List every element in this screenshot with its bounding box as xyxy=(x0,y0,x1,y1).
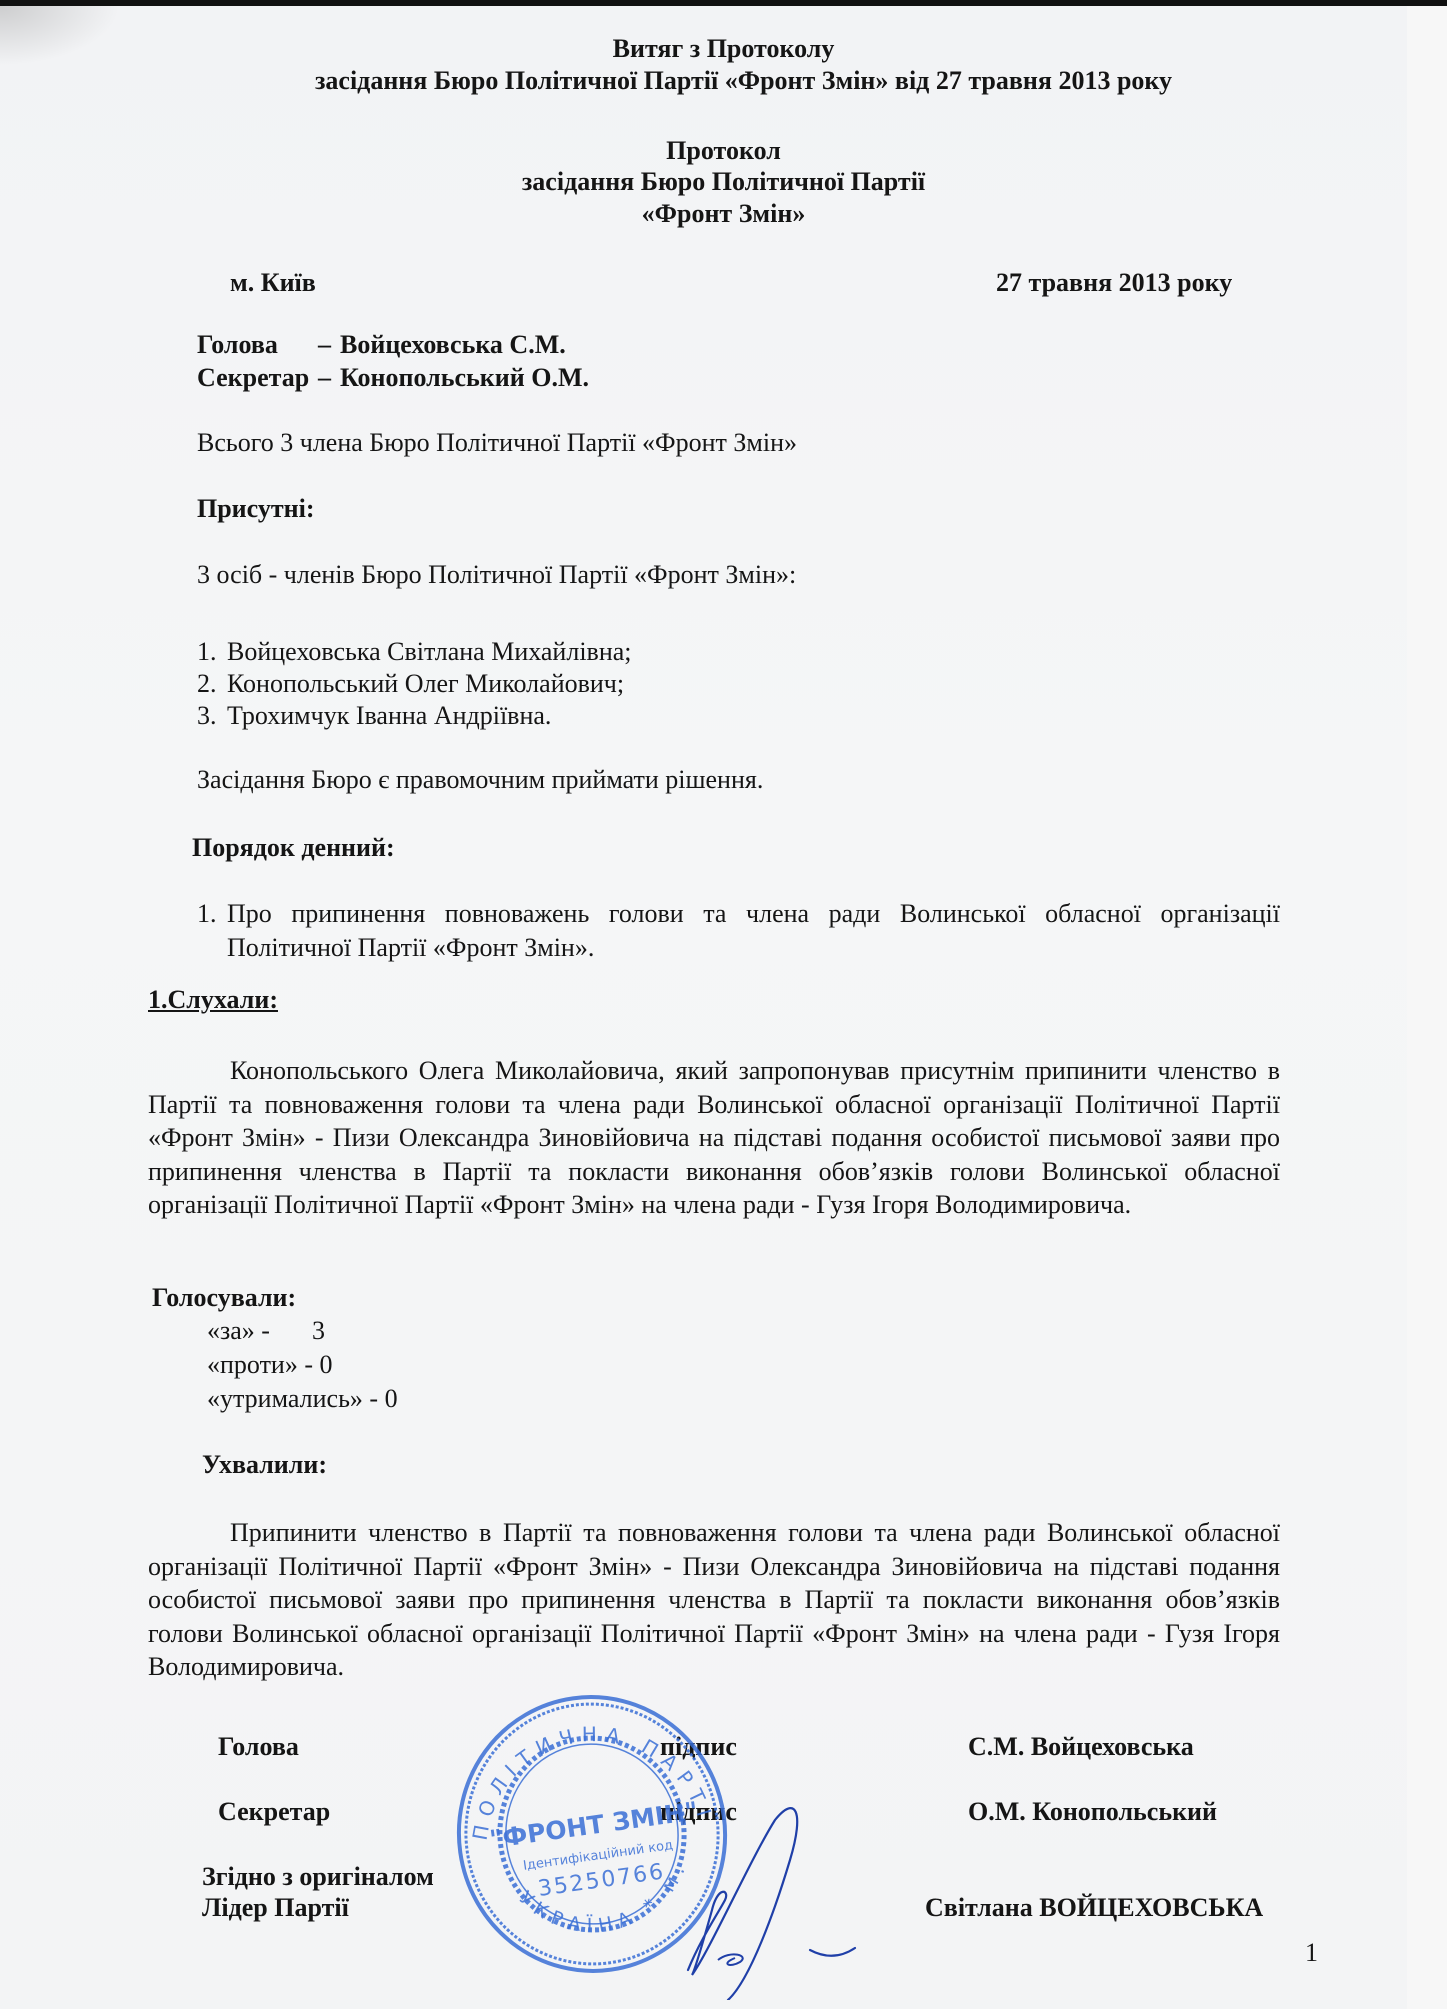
protocol-title: Протокол xyxy=(0,136,1447,166)
protocol-subtitle: засідання Бюро Політичної Партії xyxy=(0,167,1447,197)
certification-line: Згідно з оригіналом xyxy=(202,1862,434,1892)
meeting-place: м. Київ xyxy=(230,268,316,298)
list-item: 1. Войцеховська Світлана Михайлівна; xyxy=(197,636,632,668)
extract-subtitle: засідання Бюро Політичної Партії «Фронт … xyxy=(0,66,1447,96)
meeting-date: 27 травня 2013 року xyxy=(996,268,1232,298)
list-number: 2. xyxy=(197,668,227,700)
vote-abstain-label: «утримались» - xyxy=(207,1384,378,1413)
agenda-number: 1. xyxy=(197,897,227,965)
sign-secretary-role: Секретар xyxy=(218,1797,330,1827)
protocol-party-name: «Фронт Змін» xyxy=(0,199,1447,229)
leader-role: Лідер Партії xyxy=(202,1893,349,1923)
member-name: Войцеховська Світлана Михайлівна; xyxy=(227,636,632,668)
list-item: 2. Конопольський Олег Миколайович; xyxy=(197,668,632,700)
vote-for-label: «за» - xyxy=(207,1316,270,1346)
list-number: 3. xyxy=(197,700,227,732)
chair-dash: – xyxy=(318,330,331,360)
member-name: Трохимчук Іванна Андріївна. xyxy=(227,700,551,732)
chair-name: Войцеховська С.М. xyxy=(340,330,566,360)
vote-against-value: 0 xyxy=(320,1350,333,1379)
vote-abstain: «утримались» - 0 xyxy=(207,1384,398,1414)
page-number: 1 xyxy=(1305,1938,1318,1968)
total-members: Всього 3 члена Бюро Політичної Партії «Ф… xyxy=(197,428,797,458)
agenda-item: 1. Про припинення повноважень голови та … xyxy=(197,897,1280,965)
scan-right-margin xyxy=(1407,6,1447,2009)
resolved-heading: Ухвалили: xyxy=(202,1450,327,1480)
resolved-text: Припинити членство в Партії та повноваже… xyxy=(148,1518,1280,1681)
extract-title: Витяг з Протоколу xyxy=(0,34,1447,64)
chair-role: Голова xyxy=(197,330,278,360)
vote-abstain-value: 0 xyxy=(385,1384,398,1413)
present-intro: 3 осіб - членів Бюро Політичної Партії «… xyxy=(197,560,796,590)
resolved-paragraph: Припинити членство в Партії та повноваже… xyxy=(148,1516,1280,1684)
agenda-heading: Порядок денний: xyxy=(192,833,395,863)
heard-text: Конопольського Олега Миколайовича, який … xyxy=(148,1056,1280,1219)
voting-heading: Голосували: xyxy=(152,1283,296,1313)
agenda-text: Про припинення повноважень голови та чле… xyxy=(227,897,1280,965)
vote-against-label: «проти» - xyxy=(207,1350,313,1379)
member-name: Конопольський Олег Миколайович; xyxy=(227,668,624,700)
list-number: 1. xyxy=(197,636,227,668)
leader-name: Світлана ВОЙЦЕХОВСЬКА xyxy=(925,1893,1263,1923)
present-members-list: 1. Войцеховська Світлана Михайлівна; 2. … xyxy=(197,636,632,732)
sign-chair-name: С.М. Войцеховська xyxy=(968,1732,1194,1762)
list-item: 3. Трохимчук Іванна Андріївна. xyxy=(197,700,632,732)
vote-against: «проти» - 0 xyxy=(207,1350,333,1380)
handwritten-signature xyxy=(600,1800,860,2000)
secretary-dash: – xyxy=(318,363,331,393)
sign-secretary-name: О.М. Конопольський xyxy=(968,1797,1217,1827)
present-heading: Присутні: xyxy=(197,494,315,524)
secretary-name: Конопольський О.М. xyxy=(340,363,589,393)
heard-paragraph: Конопольського Олега Миколайовича, який … xyxy=(148,1054,1280,1222)
heard-heading: 1.Слухали: xyxy=(148,985,278,1015)
vote-for-value: 3 xyxy=(312,1316,325,1346)
quorum-statement: Засідання Бюро є правомочним приймати рі… xyxy=(197,765,763,795)
secretary-role: Секретар xyxy=(197,363,309,393)
sign-chair-role: Голова xyxy=(218,1732,299,1762)
